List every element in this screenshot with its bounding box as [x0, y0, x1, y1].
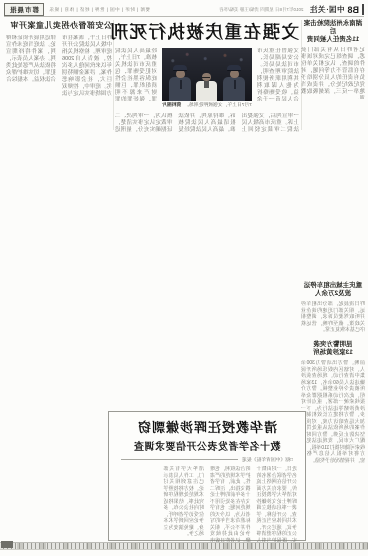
scan-edge-strip	[0, 542, 368, 550]
lead-body-bottom: 一审宣判后，文强提出上诉。重庆市高级人民法院二审裁定驳回上诉，维持原判，并依法报…	[115, 113, 299, 139]
main-headline: 文强在重庆被执行死刑	[115, 20, 299, 44]
article-trial-body: 昨日上午，该案在市中级人民法院公开开庭审理。检察机关指控，被告人自2006年以来…	[6, 35, 112, 99]
wanghui-body: 近日，一封由数十名学者联合署名的公开信在网络上流传，要求有关方面对清华大学教授汪…	[117, 466, 297, 544]
article-trial-headline: 公安部督办拐卖儿童案开审	[6, 20, 112, 31]
article-raid-body: 前晚，警方出动警力300余人，对辖区内娱乐场所开展集中清查行动，现场查获涉嫌违法…	[301, 360, 365, 542]
wanghui-headline-2: 数十名学者发表公开信要求调查	[117, 438, 297, 453]
masthead-box: 都市晨报	[4, 3, 44, 16]
header-right: 要闻 | 时评 | 中国 | 世界 | 经济 | 体育 | 娱乐 都市晨报	[4, 3, 150, 16]
lead-body-col: 经最高人民法院核准，7日上午，重庆市司法机关对犯受贿罪、包庇纵容黑社会性质组织罪…	[115, 48, 157, 101]
header-left: B8 中国·关注 2010年7月8日 星期四 责编/王静 美编/李岩	[219, 4, 364, 15]
article-taxi-body: 昨日凌晨起，部分出租车停运。相关部门迅速约谈企业并听取驾驶员诉求，调整相关政策。…	[301, 301, 365, 337]
lead-photo-row: 文强曾任重庆市公安局副局长、市司法局局长。法院审理查明，其利用职务便利为他人谋取…	[115, 48, 299, 109]
article-yongzhou-headline: 湖南永州法院枪击案后 11名责任人被问责	[301, 20, 365, 44]
execution-photo	[162, 48, 252, 101]
article-taxi: 重庆主城出租车停运 波及2万余人 昨日凌晨起，部分出租车停运。相关部门迅速约谈企…	[301, 282, 365, 337]
article-raid: 昆明警方突袭 13家涉黄场所 前晚，警方出动警力300余人，对辖区内娱乐场所开展…	[301, 341, 365, 542]
byline-rule	[121, 459, 238, 460]
article-yongzhou: 湖南永州法院枪击案后 11名责任人被问责 记者昨日从有关部门获悉，调查组已完成对…	[301, 20, 365, 99]
wanghui-headline-1: 清华教授汪晖涉嫌剽窃	[117, 417, 297, 436]
officer-figure	[222, 67, 246, 101]
date-line: 2010年7月8日 星期四 责编/王静 美编/李岩	[219, 7, 303, 13]
convict-figure	[196, 71, 217, 101]
page-header: B8 中国·关注 2010年7月8日 星期四 责编/王静 美编/李岩 要闻 | …	[4, 3, 364, 17]
article-yongzhou-body: 记者昨日从有关部门获悉，调查组已完成对该事件的调查，认定相关单位存在监管不力等问…	[301, 47, 365, 99]
scan-edge-mark	[1, 541, 13, 548]
photo-caption-credit: 资料图片	[162, 103, 181, 109]
officer-figure	[168, 67, 192, 101]
article-trial: 公安部督办拐卖儿童案开审 昨日上午，该案在市中级人民法院公开开庭审理。检察机关指…	[6, 20, 112, 99]
article-raid-headline: 昆明警方突袭 13家涉黄场所	[301, 341, 365, 357]
section-name: 中国·关注	[309, 4, 344, 15]
article-taxi-headline: 重庆主城出租车停运 波及2万余人	[301, 282, 365, 298]
page-label: B8 中国·关注	[309, 4, 364, 15]
photo-caption: 7月7日上午，文强被押赴刑场。 资料图片	[162, 103, 252, 109]
scan-canvas: B8 中国·关注 2010年7月8日 星期四 责编/王静 美编/李岩 要闻 | …	[0, 0, 368, 556]
photo-caption-text: 7月7日上午，文强被押赴刑场。	[184, 103, 252, 109]
article-wenqiang: 文强在重庆被执行死刑 文强曾任重庆市公安局副局长、市司法局局长。法院审理查明，其…	[115, 20, 299, 139]
photo-block: 7月7日上午，文强被押赴刑场。 资料图片	[162, 48, 252, 109]
wanghui-byline: □据《中国青年报》报道	[242, 456, 293, 463]
lead-body-col: 文强曾任重庆市公安局副局长、市司法局局长。法院审理查明，其利用职务便利为他人谋取…	[257, 48, 299, 101]
article-wanghui-box: 清华教授汪晖涉嫌剽窃 数十名学者发表公开信要求调查 □据《中国青年报》报道 近日…	[108, 411, 306, 541]
newspaper-page: B8 中国·关注 2010年7月8日 星期四 责编/王静 美编/李岩 要闻 | …	[0, 0, 368, 556]
nav-strip: 要闻 | 时评 | 中国 | 世界 | 经济 | 体育 | 娱乐	[49, 7, 150, 13]
page-number: B8	[347, 5, 359, 15]
wanghui-byline-row: □据《中国青年报》报道	[121, 456, 293, 463]
